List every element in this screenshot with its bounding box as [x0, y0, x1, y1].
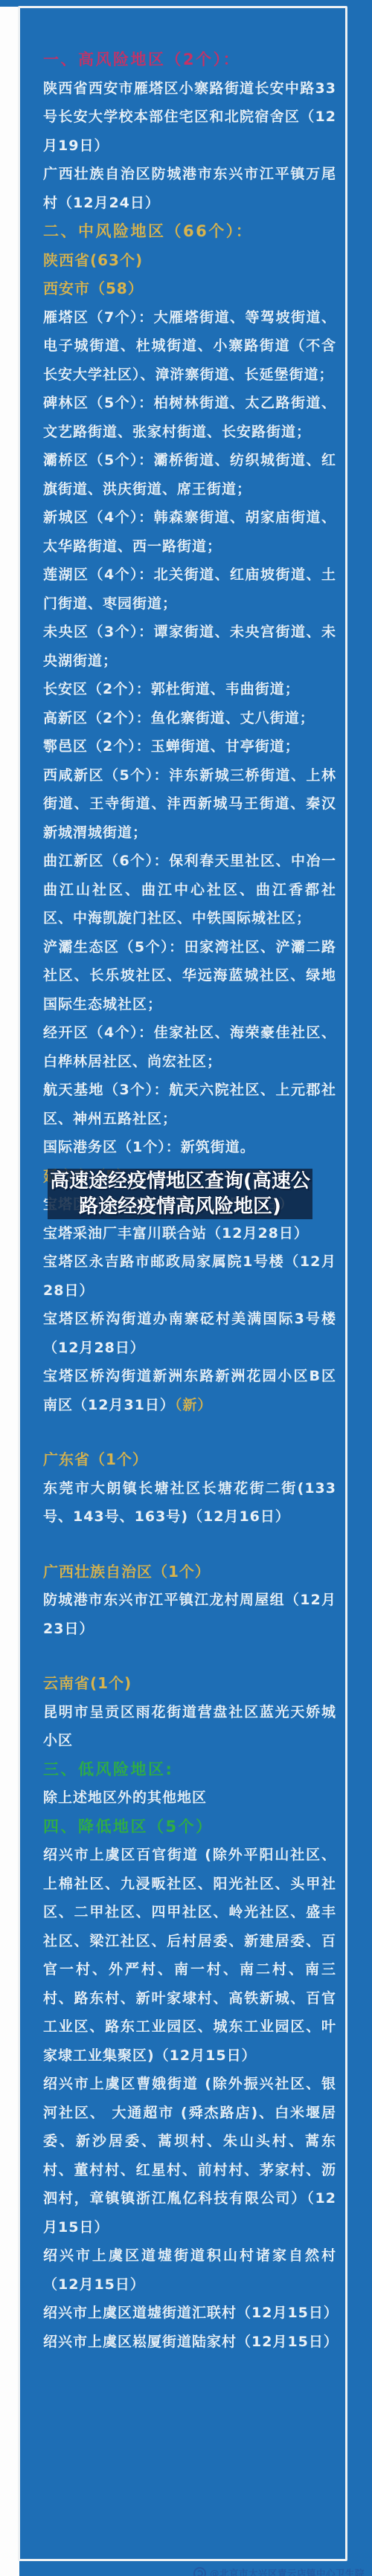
- risk-area-paragraph: 绍兴市上虞区崧厦街道陆家村（12月15日）: [43, 2328, 336, 2357]
- weibo-icon: [193, 2567, 206, 2576]
- section-title-low-risk: 三、低风险地区:: [43, 1755, 336, 1784]
- province-subheader: 广东省（1个）: [43, 1445, 336, 1474]
- risk-area-paragraph: 未央区（3个）：谭家街道、未央宫街道、未央湖街道；: [43, 618, 336, 675]
- risk-area-paragraph: 昆明市呈贡区雨花街道营盘社区蓝光天娇城小区: [43, 1698, 336, 1755]
- province-subheader: 广西壮族自治区（1个）: [43, 1557, 336, 1586]
- section-title-mid-risk: 二、中风险地区（66个）：: [43, 217, 336, 246]
- risk-area-paragraph: 宝塔区桥沟街道办南寨砭村美满国际3号楼（12月28日）: [43, 1305, 336, 1362]
- risk-area-paragraph: 陕西省西安市雁塔区小寨路街道长安中路33号长安大学校本部住宅区和北院宿舍区（12…: [43, 74, 336, 161]
- risk-area-paragraph: 碑林区（5个）：柏树林街道、太乙路街道、文艺路街道、张家村街道、长安路街道；: [43, 389, 336, 446]
- risk-area-paragraph: 除上述地区外的其他地区: [43, 1783, 336, 1812]
- risk-area-paragraph: 宝塔区永吉路市邮政局家属院1号楼（12月28日）: [43, 1247, 336, 1305]
- risk-area-paragraph: 经开区（4个）：佳家社区、海荣豪佳社区、白桦林居社区、尚宏社区；: [43, 1019, 336, 1076]
- risk-area-paragraph: 防城港市东兴市江平镇江龙村周屋组（12月23日）: [43, 1586, 336, 1643]
- risk-area-paragraph: 新城区（4个）：韩森寨街道、胡家庙街道、太华路街道、西一路街道；: [43, 503, 336, 561]
- video-title-overlay: 高速途经疫情地区查询(高速公路途经疫情高风险地区): [48, 1169, 312, 1219]
- risk-area-paragraph: 莲湖区（4个）：北关街道、红庙坡街道、土门街道、枣园街道；: [43, 561, 336, 618]
- province-subheader: 陕西省(63个): [43, 246, 336, 275]
- watermark: @北京市大兴区青云店镇中心卫生院: [193, 2566, 365, 2576]
- risk-list: 一、高风险地区（2个）：陕西省西安市雁塔区小寨路街道长安中路33号长安大学校本部…: [43, 7, 336, 2356]
- left-margin: [0, 7, 19, 2576]
- section-title-downgraded: 四、降低地区（5个）: [43, 1812, 336, 1841]
- risk-area-paragraph: 绍兴市上虞区百官街道 (除外平阳山社区、上棉社区、九浸畈社区、阳光社区、头甲社区…: [43, 1841, 336, 2070]
- risk-area-paragraph: 浐灞生态区（5个）：田家湾社区、浐灞二路社区、长乐坡社区、华远海蓝城社区、绿地国…: [43, 933, 336, 1019]
- poster: 一、高风险地区（2个）：陕西省西安市雁塔区小寨路街道长安中路33号长安大学校本部…: [0, 0, 372, 2576]
- risk-area-paragraph: 绍兴市上虞区道墟街道汇联村（12月15日）: [43, 2299, 336, 2328]
- province-subheader: 云南省(1个): [43, 1669, 336, 1698]
- risk-area-paragraph: 航天基地（3个）：航天六院社区、上元郡社区、神州五路社区；: [43, 1076, 336, 1133]
- risk-area-paragraph: 宝塔区冯庄乡贾家庄村（12月28日）高速途经疫情地区查询(高速公路途经疫情高风险…: [43, 1190, 336, 1219]
- risk-area-paragraph: 鄠邑区（2个）：玉蝉街道、甘亭街道；: [43, 732, 336, 761]
- risk-area-paragraph: 东莞市大朗镇长塘社区长塘花街二街(133号、143号、163号)（12月16日）: [43, 1474, 336, 1531]
- risk-area-paragraph: 绍兴市上虞区曹娥街道 (除外振兴社区、银河社区、 大通超市 (舜杰路店)、白米堰…: [43, 2070, 336, 2241]
- risk-area-paragraph: 灞桥区（5个）：灞桥街道、纺织城街道、红旗街道、洪庆街道、席王街道；: [43, 446, 336, 503]
- new-badge: （新）: [175, 1397, 213, 1413]
- province-subheader: 西安市（58）: [43, 274, 336, 303]
- section-title-high-risk: 一、高风险地区（2个）：: [43, 45, 336, 74]
- watermark-text: @北京市大兴区青云店镇中心卫生院: [210, 2566, 365, 2576]
- risk-area-paragraph: 高新区（2个）：鱼化寨街道、丈八街道；: [43, 704, 336, 733]
- risk-area-paragraph: 宝塔区桥沟街道新洲东路新洲花园小区B区南区（12月31日）（新）: [43, 1362, 336, 1419]
- risk-area-paragraph: 宝塔采油厂丰富川联合站（12月28日）: [43, 1219, 336, 1248]
- risk-area-paragraph: 长安区（2个）：郭杜街道、韦曲街道；: [43, 675, 336, 704]
- risk-area-paragraph: 绍兴市上虞区道墟街道积山村诸家自然村（12月15日）: [43, 2241, 336, 2299]
- risk-area-paragraph: 曲江新区（6个）：保利春天里社区、中冶一曲江山社区、曲江中心社区、曲江香都社区、…: [43, 847, 336, 933]
- risk-area-paragraph: 国际港务区（1个）：新筑街道。: [43, 1133, 336, 1162]
- risk-area-paragraph: 广西壮族自治区防城港市东兴市江平镇万尾村（12月24日）: [43, 160, 336, 217]
- risk-area-paragraph: 雁塔区（7个）：大雁塔街道、等驾坡街道、电子城街道、杜城街道、小寨路街道（不含长…: [43, 303, 336, 390]
- risk-area-paragraph: 西咸新区（5个）：沣东新城三桥街道、上林街道、王寺街道、沣西新城马王街道、秦汉新…: [43, 761, 336, 848]
